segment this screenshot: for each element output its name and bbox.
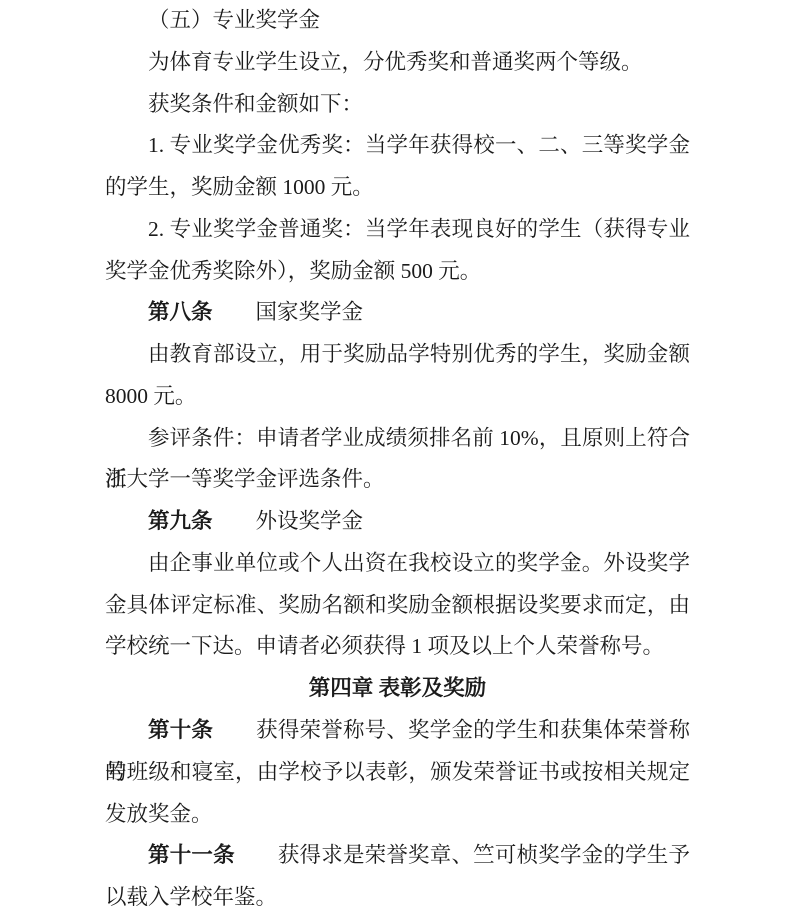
article-number-label: 第十条 [148, 718, 213, 742]
document-line: 2. 专业奖学金普通奖：当学年表现良好的学生（获得专业 [105, 209, 690, 251]
document-line: 获奖条件和金额如下： [105, 84, 690, 126]
line-text: 以载入学校年鉴。 [105, 885, 277, 909]
document-text-body: （五）专业奖学金为体育专业学生设立，分优秀奖和普通奖两个等级。获奖条件和金额如下… [105, 0, 690, 919]
document-line: 第九条外设奖学金 [105, 501, 690, 543]
article-number-label: 第八条 [148, 300, 213, 324]
line-text: 由教育部设立，用于奖励品学特别优秀的学生，奖励金额 [148, 342, 690, 366]
document-line: 奖学金优秀奖除外），奖励金额 500 元。 [105, 251, 690, 293]
document-line: 由企事业单位或个人出资在我校设立的奖学金。外设奖学 [105, 543, 690, 585]
document-line: 第八条国家奖学金 [105, 292, 690, 334]
line-text: 江大学一等奖学金评选条件。 [105, 467, 385, 491]
line-text: 的学生，奖励金额 1000 元。 [105, 175, 374, 199]
document-page: （五）专业奖学金为体育专业学生设立，分优秀奖和普通奖两个等级。获奖条件和金额如下… [0, 0, 797, 919]
line-text: 奖学金优秀奖除外），奖励金额 500 元。 [105, 259, 481, 283]
chapter-heading: 第四章 表彰及奖励 [105, 668, 690, 710]
line-text: 国家奖学金 [256, 300, 364, 324]
document-line: 1. 专业奖学金优秀奖：当学年获得校一、二、三等奖学金 [105, 125, 690, 167]
document-line: 的学生，奖励金额 1000 元。 [105, 167, 690, 209]
line-text: 外设奖学金 [256, 509, 364, 533]
document-line: 8000 元。 [105, 376, 690, 418]
article-number-label: 第十一条 [148, 843, 235, 867]
article-number-label: 第九条 [148, 509, 213, 533]
line-text: 的班级和寝室，由学校予以表彰，颁发荣誉证书或按相关规定 [105, 760, 690, 784]
document-line: （五）专业奖学金 [105, 0, 690, 42]
document-line: 以载入学校年鉴。 [105, 877, 690, 919]
line-text: 第四章 表彰及奖励 [309, 676, 486, 700]
document-line: 为体育专业学生设立，分优秀奖和普通奖两个等级。 [105, 42, 690, 84]
line-text: 2. 专业奖学金普通奖：当学年表现良好的学生（获得专业 [148, 217, 690, 241]
line-text: （五）专业奖学金 [148, 8, 320, 32]
document-line: 由教育部设立，用于奖励品学特别优秀的学生，奖励金额 [105, 334, 690, 376]
line-text: 8000 元。 [105, 384, 196, 408]
line-text: 发放奖金。 [105, 802, 213, 826]
line-text: 获奖条件和金额如下： [148, 92, 363, 116]
line-text: 获得求是荣誉奖章、竺可桢奖学金的学生予 [278, 843, 690, 867]
line-text: 由企事业单位或个人出资在我校设立的奖学金。外设奖学 [148, 551, 690, 575]
line-text: 为体育专业学生设立，分优秀奖和普通奖两个等级。 [148, 50, 643, 74]
document-line: 的班级和寝室，由学校予以表彰，颁发荣誉证书或按相关规定 [105, 752, 690, 794]
document-line: 参评条件：申请者学业成绩须排名前 10%，且原则上符合浙 [105, 418, 690, 460]
document-line: 学校统一下达。申请者必须获得 1 项及以上个人荣誉称号。 [105, 626, 690, 668]
document-line: 江大学一等奖学金评选条件。 [105, 459, 690, 501]
document-line: 发放奖金。 [105, 794, 690, 836]
document-line: 第十一条获得求是荣誉奖章、竺可桢奖学金的学生予 [105, 835, 690, 877]
line-text: 1. 专业奖学金优秀奖：当学年获得校一、二、三等奖学金 [148, 133, 690, 157]
document-line: 第十条获得荣誉称号、奖学金的学生和获集体荣誉称号 [105, 710, 690, 752]
line-text: 学校统一下达。申请者必须获得 1 项及以上个人荣誉称号。 [105, 634, 664, 658]
document-line: 金具体评定标准、奖励名额和奖励金额根据设奖要求而定，由 [105, 585, 690, 627]
line-text: 金具体评定标准、奖励名额和奖励金额根据设奖要求而定，由 [105, 593, 690, 617]
